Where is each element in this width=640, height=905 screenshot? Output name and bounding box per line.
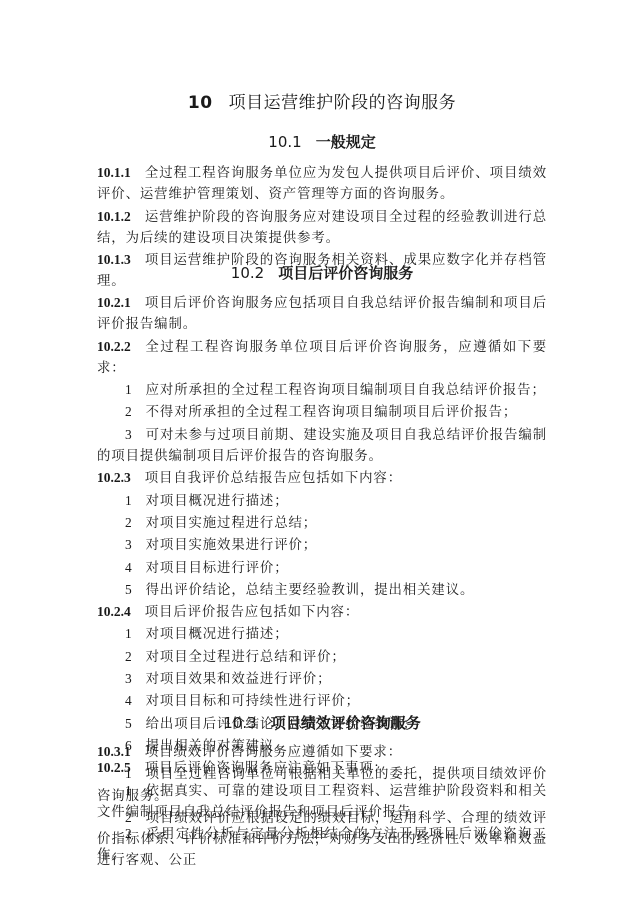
item-number: 4 xyxy=(125,560,133,575)
item-text: 对项目目标和可持续性进行评价； xyxy=(146,694,360,709)
item-text: 项目全过程咨询单位可根据相关单位的委托，提供项目绩效评价咨询服务。 xyxy=(97,767,547,803)
item-text: 对项目实施效果进行评价； xyxy=(146,538,318,553)
clause-10-1-1: 10.1.1全过程工程咨询服务单位应为发包人提供项目后评价、项目绩效评价、运营维… xyxy=(97,162,547,206)
clause-10-2-2: 10.2.2全过程工程咨询服务单位项目后评价咨询服务，应遵循如下要求： xyxy=(97,336,547,380)
list-item: 4对项目目标和可持续性进行评价； xyxy=(97,690,547,712)
clause-number: 10.2.2 xyxy=(97,339,131,354)
clause-number: 10.1.1 xyxy=(97,165,131,180)
clause-text: 项目绩效评价咨询服务应遵循如下要求： xyxy=(145,745,402,760)
clause-text: 项目后评价咨询服务应包括项目自我总结评价报告编制和项目后评价报告编制。 xyxy=(97,296,547,332)
item-number: 1 xyxy=(125,766,133,781)
item-number: 3 xyxy=(125,427,133,442)
list-item: 1项目全过程咨询单位可根据相关单位的委托，提供项目绩效评价咨询服务。 xyxy=(97,763,547,807)
item-number: 2 xyxy=(125,515,133,530)
section-body-10-3: 10.3.1项目绩效评价咨询服务应遵循如下要求： 1项目全过程咨询单位可根据相关… xyxy=(97,741,547,872)
section-title: 一般规定 xyxy=(316,133,376,151)
item-text: 对项目全过程进行总结和评价； xyxy=(146,650,346,665)
clause-text: 项目后评价报告应包括如下内容： xyxy=(145,605,359,620)
item-text: 对项目实施过程进行总结； xyxy=(146,516,318,531)
list-item: 3可对未参与过项目前期、建设实施及项目自我总结评价报告编制的项目提供编制项目后评… xyxy=(97,424,547,468)
item-text: 对项目目标进行评价； xyxy=(146,561,289,576)
item-text: 得出评价结论，总结主要经验教训，提出相关建议。 xyxy=(146,583,475,598)
clause-10-3-1: 10.3.1项目绩效评价咨询服务应遵循如下要求： xyxy=(97,741,547,763)
chapter-title: 10项目运营维护阶段的咨询服务 xyxy=(97,88,547,113)
chapter-number: 10 xyxy=(188,93,213,113)
list-item: 3对项目实施效果进行评价； xyxy=(97,534,547,556)
list-item: 1对项目概况进行描述； xyxy=(97,490,547,512)
clause-number: 10.2.1 xyxy=(97,295,131,310)
list-item: 2对项目实施过程进行总结； xyxy=(97,512,547,534)
item-text: 可对未参与过项目前期、建设实施及项目自我总结评价报告编制的项目提供编制项目后评价… xyxy=(97,428,547,464)
item-number: 1 xyxy=(125,493,133,508)
clause-10-2-3: 10.2.3项目自我评价总结报告应包括如下内容： xyxy=(97,467,547,489)
list-item: 2对项目全过程进行总结和评价； xyxy=(97,646,547,668)
section-heading-10-1: 10.1一般规定 xyxy=(97,131,547,152)
clause-text: 全过程工程咨询服务单位项目后评价咨询服务，应遵循如下要求： xyxy=(97,340,547,376)
section-heading-10-2: 10.2项目后评价咨询服务 xyxy=(97,262,547,283)
item-number: 5 xyxy=(125,582,133,597)
clause-text: 项目自我评价总结报告应包括如下内容： xyxy=(145,471,402,486)
clause-10-1-2: 10.1.2运营维护阶段的咨询服务应对建设项目全过程的经验教训进行总结，为后续的… xyxy=(97,206,547,250)
clause-number: 10.3.1 xyxy=(97,744,131,759)
section-title: 项目后评价咨询服务 xyxy=(278,264,413,282)
item-number: 3 xyxy=(125,537,133,552)
section-heading-10-3: 10.3项目绩效评价咨询服务 xyxy=(97,712,547,733)
clause-10-2-4: 10.2.4项目后评价报告应包括如下内容： xyxy=(97,601,547,623)
item-number: 2 xyxy=(125,810,133,825)
clause-text: 运营维护阶段的咨询服务应对建设项目全过程的经验教训进行总结，为后续的建设项目决策… xyxy=(97,210,547,246)
chapter-title-text: 项目运营维护阶段的咨询服务 xyxy=(229,93,457,113)
section-number: 10.2 xyxy=(231,264,264,282)
section-number: 10.3 xyxy=(223,714,256,732)
item-text: 对项目效果和效益进行评价； xyxy=(146,672,332,687)
list-item: 5得出评价结论，总结主要经验教训，提出相关建议。 xyxy=(97,579,547,601)
clause-text: 全过程工程咨询服务单位应为发包人提供项目后评价、项目绩效评价、运营维护管理策划、… xyxy=(97,166,547,202)
clause-number: 10.1.2 xyxy=(97,209,131,224)
item-number: 4 xyxy=(125,693,133,708)
list-item: 3对项目效果和效益进行评价； xyxy=(97,668,547,690)
item-number: 2 xyxy=(125,404,133,419)
item-number: 1 xyxy=(125,382,133,397)
item-number: 3 xyxy=(125,671,133,686)
clause-number: 10.2.4 xyxy=(97,604,131,619)
list-item: 2不得对所承担的全过程工程咨询项目编制项目后评价报告； xyxy=(97,401,547,423)
list-item: 1应对所承担的全过程工程咨询项目编制项目自我总结评价报告； xyxy=(97,379,547,401)
section-number: 10.1 xyxy=(268,133,301,151)
list-item: 4对项目目标进行评价； xyxy=(97,557,547,579)
clause-10-2-1: 10.2.1项目后评价咨询服务应包括项目自我总结评价报告编制和项目后评价报告编制… xyxy=(97,292,547,336)
item-number: 1 xyxy=(125,626,133,641)
clause-number: 10.2.3 xyxy=(97,470,131,485)
list-item: 1对项目概况进行描述； xyxy=(97,623,547,645)
item-text: 对项目概况进行描述； xyxy=(146,494,289,509)
item-text: 对项目概况进行描述； xyxy=(146,627,289,642)
item-text: 不得对所承担的全过程工程咨询项目编制项目后评价报告； xyxy=(146,405,518,420)
section-title: 项目绩效评价咨询服务 xyxy=(271,714,421,732)
page-number: 26 xyxy=(0,830,640,841)
item-number: 2 xyxy=(125,649,133,664)
item-text: 应对所承担的全过程工程咨询项目编制项目自我总结评价报告； xyxy=(146,383,546,398)
